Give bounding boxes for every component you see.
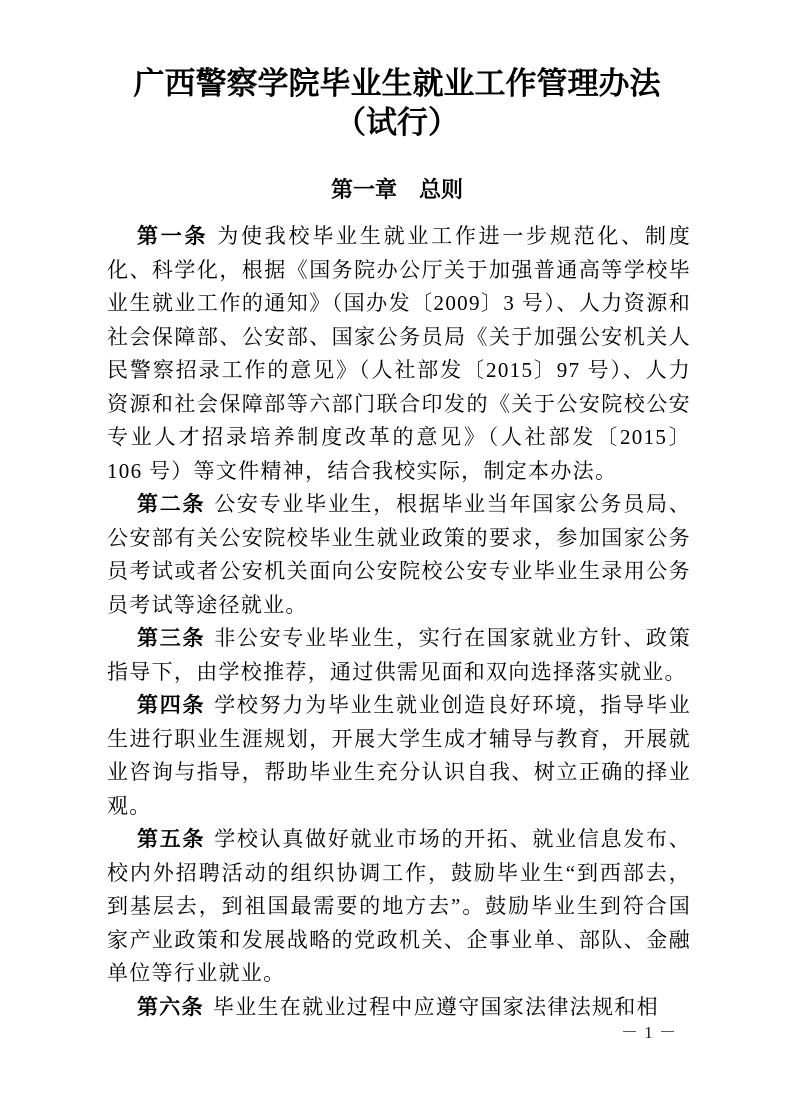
article-label: 第六条 <box>137 995 204 1019</box>
article-text: 为使我校毕业生就业工作进一步规范化、制度化、科学化，根据《国务院办公厅关于加强普… <box>107 224 691 483</box>
title-line-2: （试行） <box>40 103 754 142</box>
article-label: 第二条 <box>137 492 205 516</box>
article-paragraph: 第四条学校努力为毕业生就业创造良好环境，指导毕业生进行职业生涯规划，开展大学生成… <box>107 689 691 823</box>
article-paragraph: 第二条公安专业毕业生，根据毕业当年国家公务员局、公安部有关公安院校毕业生就业政策… <box>107 488 691 622</box>
document-body: 第一条为使我校毕业生就业工作进一步规范化、制度化、科学化，根据《国务院办公厅关于… <box>107 220 691 1024</box>
page-number: － 1 － <box>621 1018 677 1043</box>
article-label: 第五条 <box>137 827 205 851</box>
document-title: 广西警察学院毕业生就业工作管理办法 （试行） <box>40 64 754 142</box>
article-paragraph: 第五条学校认真做好就业市场的开拓、就业信息发布、校内外招聘活动的组织协调工作，鼓… <box>107 823 691 991</box>
title-line-1: 广西警察学院毕业生就业工作管理办法 <box>40 64 754 103</box>
article-label: 第三条 <box>137 626 205 650</box>
article-paragraph: 第一条为使我校毕业生就业工作进一步规范化、制度化、科学化，根据《国务院办公厅关于… <box>107 220 691 488</box>
document-page: 广西警察学院毕业生就业工作管理办法 （试行） 第一章 总则 第一条为使我校毕业生… <box>0 0 794 1108</box>
article-label: 第四条 <box>137 693 205 717</box>
article-text: 毕业生在就业过程中应遵守国家法律法规和相 <box>213 995 659 1019</box>
article-label: 第一条 <box>137 224 208 248</box>
article-paragraph: 第三条非公安专业毕业生，实行在国家就业方针、政策指导下，由学校推荐，通过供需见面… <box>107 622 691 689</box>
article-paragraph: 第六条毕业生在就业过程中应遵守国家法律法规和相 <box>107 991 691 1025</box>
chapter-heading: 第一章 总则 <box>0 178 794 202</box>
